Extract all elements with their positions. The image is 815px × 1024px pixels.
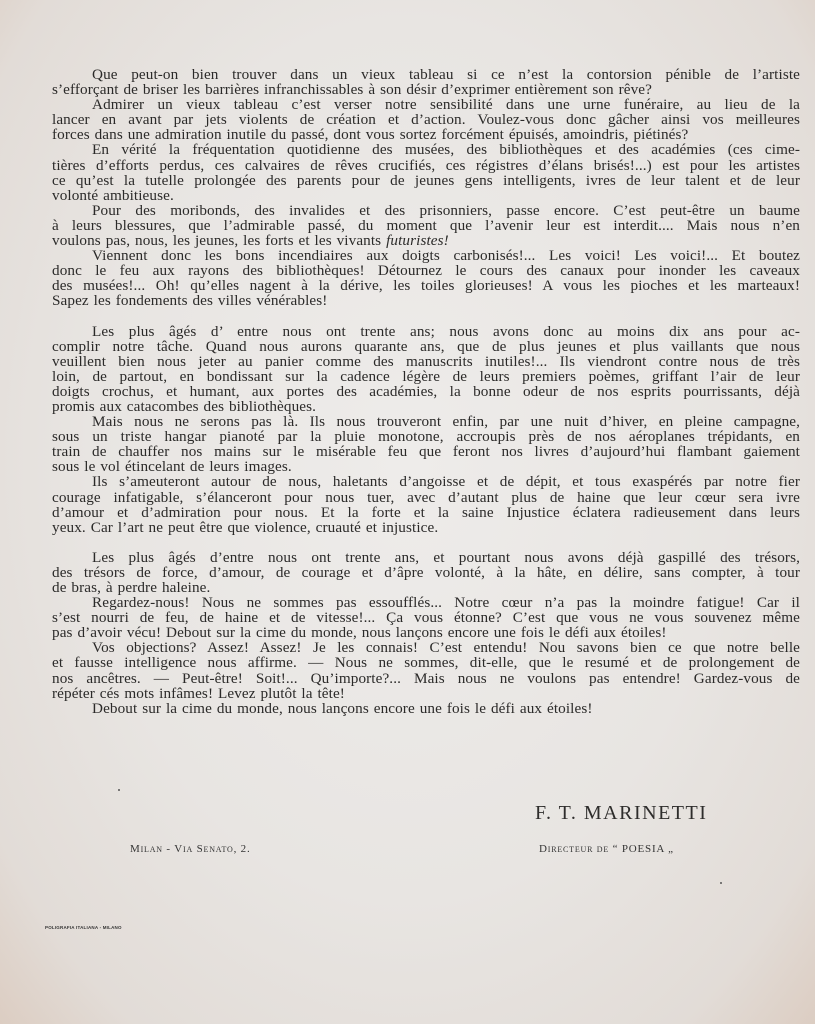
section-gap [52, 309, 800, 324]
text-line: loin, de partout, en bondissant sur la c… [52, 369, 800, 384]
paragraph: Debout sur la cime du monde, nous lançon… [52, 701, 800, 716]
text-line: Ils s’ameuteront autour de nous, haletan… [52, 474, 800, 489]
text-line: nos ancêtres. — Peut-être! Soit!... Qu’i… [52, 671, 800, 686]
text-line: Les plus âgés d’ entre nous ont trente a… [52, 324, 800, 339]
text-line: train de chauffer nos mains sur le misér… [52, 444, 800, 459]
paragraph: Les plus âgés d’ entre nous ont trente a… [52, 324, 800, 415]
text-line: Que peut-on bien trouver dans un vieux t… [52, 67, 800, 82]
text-line: s’est nourri de feu, de haine et de vite… [52, 610, 800, 625]
text-line: sous un triste hangar pianoté par la plu… [52, 429, 800, 444]
text-line: complir notre tâche. Quand nous aurons q… [52, 339, 800, 354]
section-gap [52, 535, 800, 550]
author-title: Directeur de “ POESIA „ [539, 843, 674, 855]
paragraph: En vérité la fréquentation quotidienne d… [52, 142, 800, 202]
text-line: des trésors de force, d’amour, de courag… [52, 565, 800, 580]
text-line: promis aux catacombes des bibliothèques. [52, 399, 800, 414]
text-line: Pour des moribonds, des invalides et des… [52, 203, 800, 218]
text-line: Regardez-nous! Nous ne sommes pas essouf… [52, 595, 800, 610]
manifesto-body: Que peut-on bien trouver dans un vieux t… [52, 67, 800, 716]
text-line: d’amour et d’admiration pour nous. Et la… [52, 505, 800, 520]
text-line: lancer en avant par jets violents de cré… [52, 112, 800, 127]
text-line: ce qu’est la tutelle prolongée des paren… [52, 173, 800, 188]
text-line: voulons pas, nous, les jeunes, les forts… [52, 233, 800, 248]
text-line: courage infatigable, s’élanceront pour n… [52, 490, 800, 505]
paragraph: Viennent donc les bons incendiaires aux … [52, 248, 800, 308]
text-line: de bras, à perdre haleine. [52, 580, 800, 595]
text-line: En vérité la fréquentation quotidienne d… [52, 142, 800, 157]
paragraph: Vos objections? Assez! Assez! Je les con… [52, 640, 800, 700]
ink-speck [118, 789, 120, 791]
text-line: pas d’avoir vécu! Debout sur la cime du … [52, 625, 800, 640]
paragraph: Regardez-nous! Nous ne sommes pas essouf… [52, 595, 800, 640]
text-line: volonté ambitieuse. [52, 188, 800, 203]
text-line: Les plus âgés d’entre nous ont trente an… [52, 550, 800, 565]
text-line: et fausse intelligence nous affirme. — N… [52, 655, 800, 670]
text-line: doigts crochus, et humant, aux portes de… [52, 384, 800, 399]
text-line: Viennent donc les bons incendiaires aux … [52, 248, 800, 263]
paragraph: Admirer un vieux tableau c’est verser no… [52, 97, 800, 142]
text-line: des musées!... Oh! qu’elles nagent à la … [52, 278, 800, 293]
text-line: Debout sur la cime du monde, nous lançon… [52, 701, 800, 716]
paragraph: Que peut-on bien trouver dans un vieux t… [52, 67, 800, 97]
text-line: Sapez les fondements des villes vénérabl… [52, 293, 800, 308]
text-line: Mais nous ne serons pas là. Ils nous tro… [52, 414, 800, 429]
text-line: veuillent bien nous jeter au panier comm… [52, 354, 800, 369]
paragraph: Les plus âgés d’entre nous ont trente an… [52, 550, 800, 595]
text-line: à leurs blessures, que l’admirable passé… [52, 218, 800, 233]
paragraph: Ils s’ameuteront autour de nous, haletan… [52, 474, 800, 534]
publisher-address: Milan - Via Senato, 2. [130, 843, 251, 855]
text-line: Admirer un vieux tableau c’est verser no… [52, 97, 800, 112]
ink-speck [720, 882, 722, 884]
author-signature: F. T. MARINETTI [535, 802, 707, 825]
paragraph: Pour des moribonds, des invalides et des… [52, 203, 800, 248]
printer-imprint: POLIGRAFIA ITALIANA - MILANO [45, 925, 122, 930]
text-line: sous le vol étincelant de leurs images. [52, 459, 800, 474]
text-line: s’efforçant de briser les barrières infr… [52, 82, 800, 97]
text-line: yeux. Car l’art ne peut être que violenc… [52, 520, 800, 535]
paragraph: Mais nous ne serons pas là. Ils nous tro… [52, 414, 800, 474]
text-line: donc le feu aux rayons des bibliothèques… [52, 263, 800, 278]
text-line: forces dans une admiration inutile du pa… [52, 127, 800, 142]
text-line: tières d’efforts perdus, ces calvaires d… [52, 158, 800, 173]
text-line: répéter cés mots infâmes! Levez plutôt l… [52, 686, 800, 701]
text-line: Vos objections? Assez! Assez! Je les con… [52, 640, 800, 655]
